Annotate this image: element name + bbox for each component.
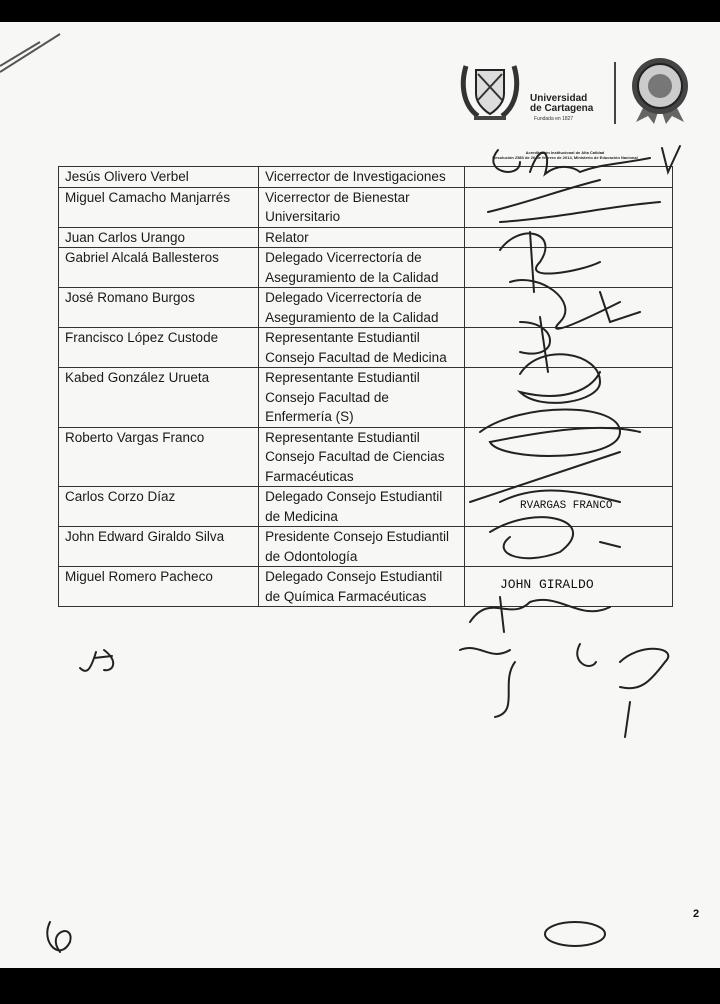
accreditation-note: Acreditación Institucional de Alta Calid… <box>450 150 680 160</box>
bottom-black-bar <box>0 968 720 1004</box>
member-name: Kabed González Urueta <box>59 368 259 428</box>
table-row: Miguel Romero PachecoDelegado Consejo Es… <box>59 567 673 607</box>
table-row: Carlos Corzo DíazDelegado Consejo Estudi… <box>59 487 673 527</box>
member-name: Roberto Vargas Franco <box>59 427 259 487</box>
bottom-signature-1 <box>460 648 515 717</box>
table-row: José Romano BurgosDelegado Vicerrectoría… <box>59 288 673 328</box>
header-divider <box>614 62 616 124</box>
signature-cell <box>464 288 672 328</box>
signature-cell <box>464 427 672 487</box>
top-black-bar <box>0 0 720 22</box>
table-row: Kabed González UruetaRepresentante Estud… <box>59 368 673 428</box>
signature-cell <box>464 527 672 567</box>
signatures-table: Jesús Olivero VerbelVicerrector de Inves… <box>58 166 673 607</box>
accreditation-line2: Resolución 2583 de 26 de febrero de 2014… <box>450 155 680 160</box>
table-row: Juan Carlos UrangoRelator <box>59 227 673 248</box>
table-row: Miguel Camacho ManjarrésVicerrector de B… <box>59 187 673 227</box>
member-name: Carlos Corzo Díaz <box>59 487 259 527</box>
page-number: 2 <box>693 908 699 920</box>
member-role: Vicerrector de Investigaciones <box>259 167 465 188</box>
member-role: Representante Estudiantil Consejo Facult… <box>259 427 465 487</box>
table-row: Roberto Vargas FrancoRepresentante Estud… <box>59 427 673 487</box>
signature-cell <box>464 167 672 188</box>
member-name: Francisco López Custode <box>59 328 259 368</box>
letterhead: Universidad de Cartagena Fundada en 1827 <box>450 52 700 142</box>
member-name: José Romano Burgos <box>59 288 259 328</box>
member-name: John Edward Giraldo Silva <box>59 527 259 567</box>
member-role: Delegado Vicerrectoría de Aseguramiento … <box>259 288 465 328</box>
university-name: Universidad de Cartagena <box>530 94 593 114</box>
corner-scribble <box>0 22 90 82</box>
signature-cell <box>464 248 672 288</box>
member-name: Gabriel Alcalá Ballesteros <box>59 248 259 288</box>
member-role: Relator <box>259 227 465 248</box>
member-role: Vicerrector de Bienestar Universitario <box>259 187 465 227</box>
member-role: Delegado Consejo Estudiantil de Medicina <box>259 487 465 527</box>
signature-cell <box>464 567 672 607</box>
bottom-right-mark <box>545 922 605 946</box>
accreditation-seal-icon <box>628 56 692 126</box>
member-role: Presidente Consejo Estudiantil de Odonto… <box>259 527 465 567</box>
member-name: Miguel Romero Pacheco <box>59 567 259 607</box>
document-page: Universidad de Cartagena Fundada en 1827… <box>0 22 720 968</box>
member-name: Juan Carlos Urango <box>59 227 259 248</box>
table-row: John Edward Giraldo SilvaPresidente Cons… <box>59 527 673 567</box>
bottom-signature-2 <box>577 644 668 737</box>
member-role: Delegado Vicerrectoría de Aseguramiento … <box>259 248 465 288</box>
signature-cell <box>464 328 672 368</box>
member-role: Representante Estudiantil Consejo Facult… <box>259 328 465 368</box>
founded-text: Fundada en 1827 <box>534 116 573 122</box>
member-role: Representante Estudiantil Consejo Facult… <box>259 368 465 428</box>
table-row: Jesús Olivero VerbelVicerrector de Inves… <box>59 167 673 188</box>
university-name-line2: de Cartagena <box>530 104 593 114</box>
handwritten-initials-left <box>80 650 113 671</box>
signature-cell <box>464 487 672 527</box>
member-role: Delegado Consejo Estudiantil de Química … <box>259 567 465 607</box>
bottom-left-mark <box>47 922 70 952</box>
table-row: Francisco López CustodeRepresentante Est… <box>59 328 673 368</box>
member-name: Jesús Olivero Verbel <box>59 167 259 188</box>
table-row: Gabriel Alcalá BallesterosDelegado Vicer… <box>59 248 673 288</box>
member-name: Miguel Camacho Manjarrés <box>59 187 259 227</box>
university-crest-icon <box>456 56 524 124</box>
signature-cell <box>464 227 672 248</box>
signature-cell <box>464 368 672 428</box>
signature-cell <box>464 187 672 227</box>
